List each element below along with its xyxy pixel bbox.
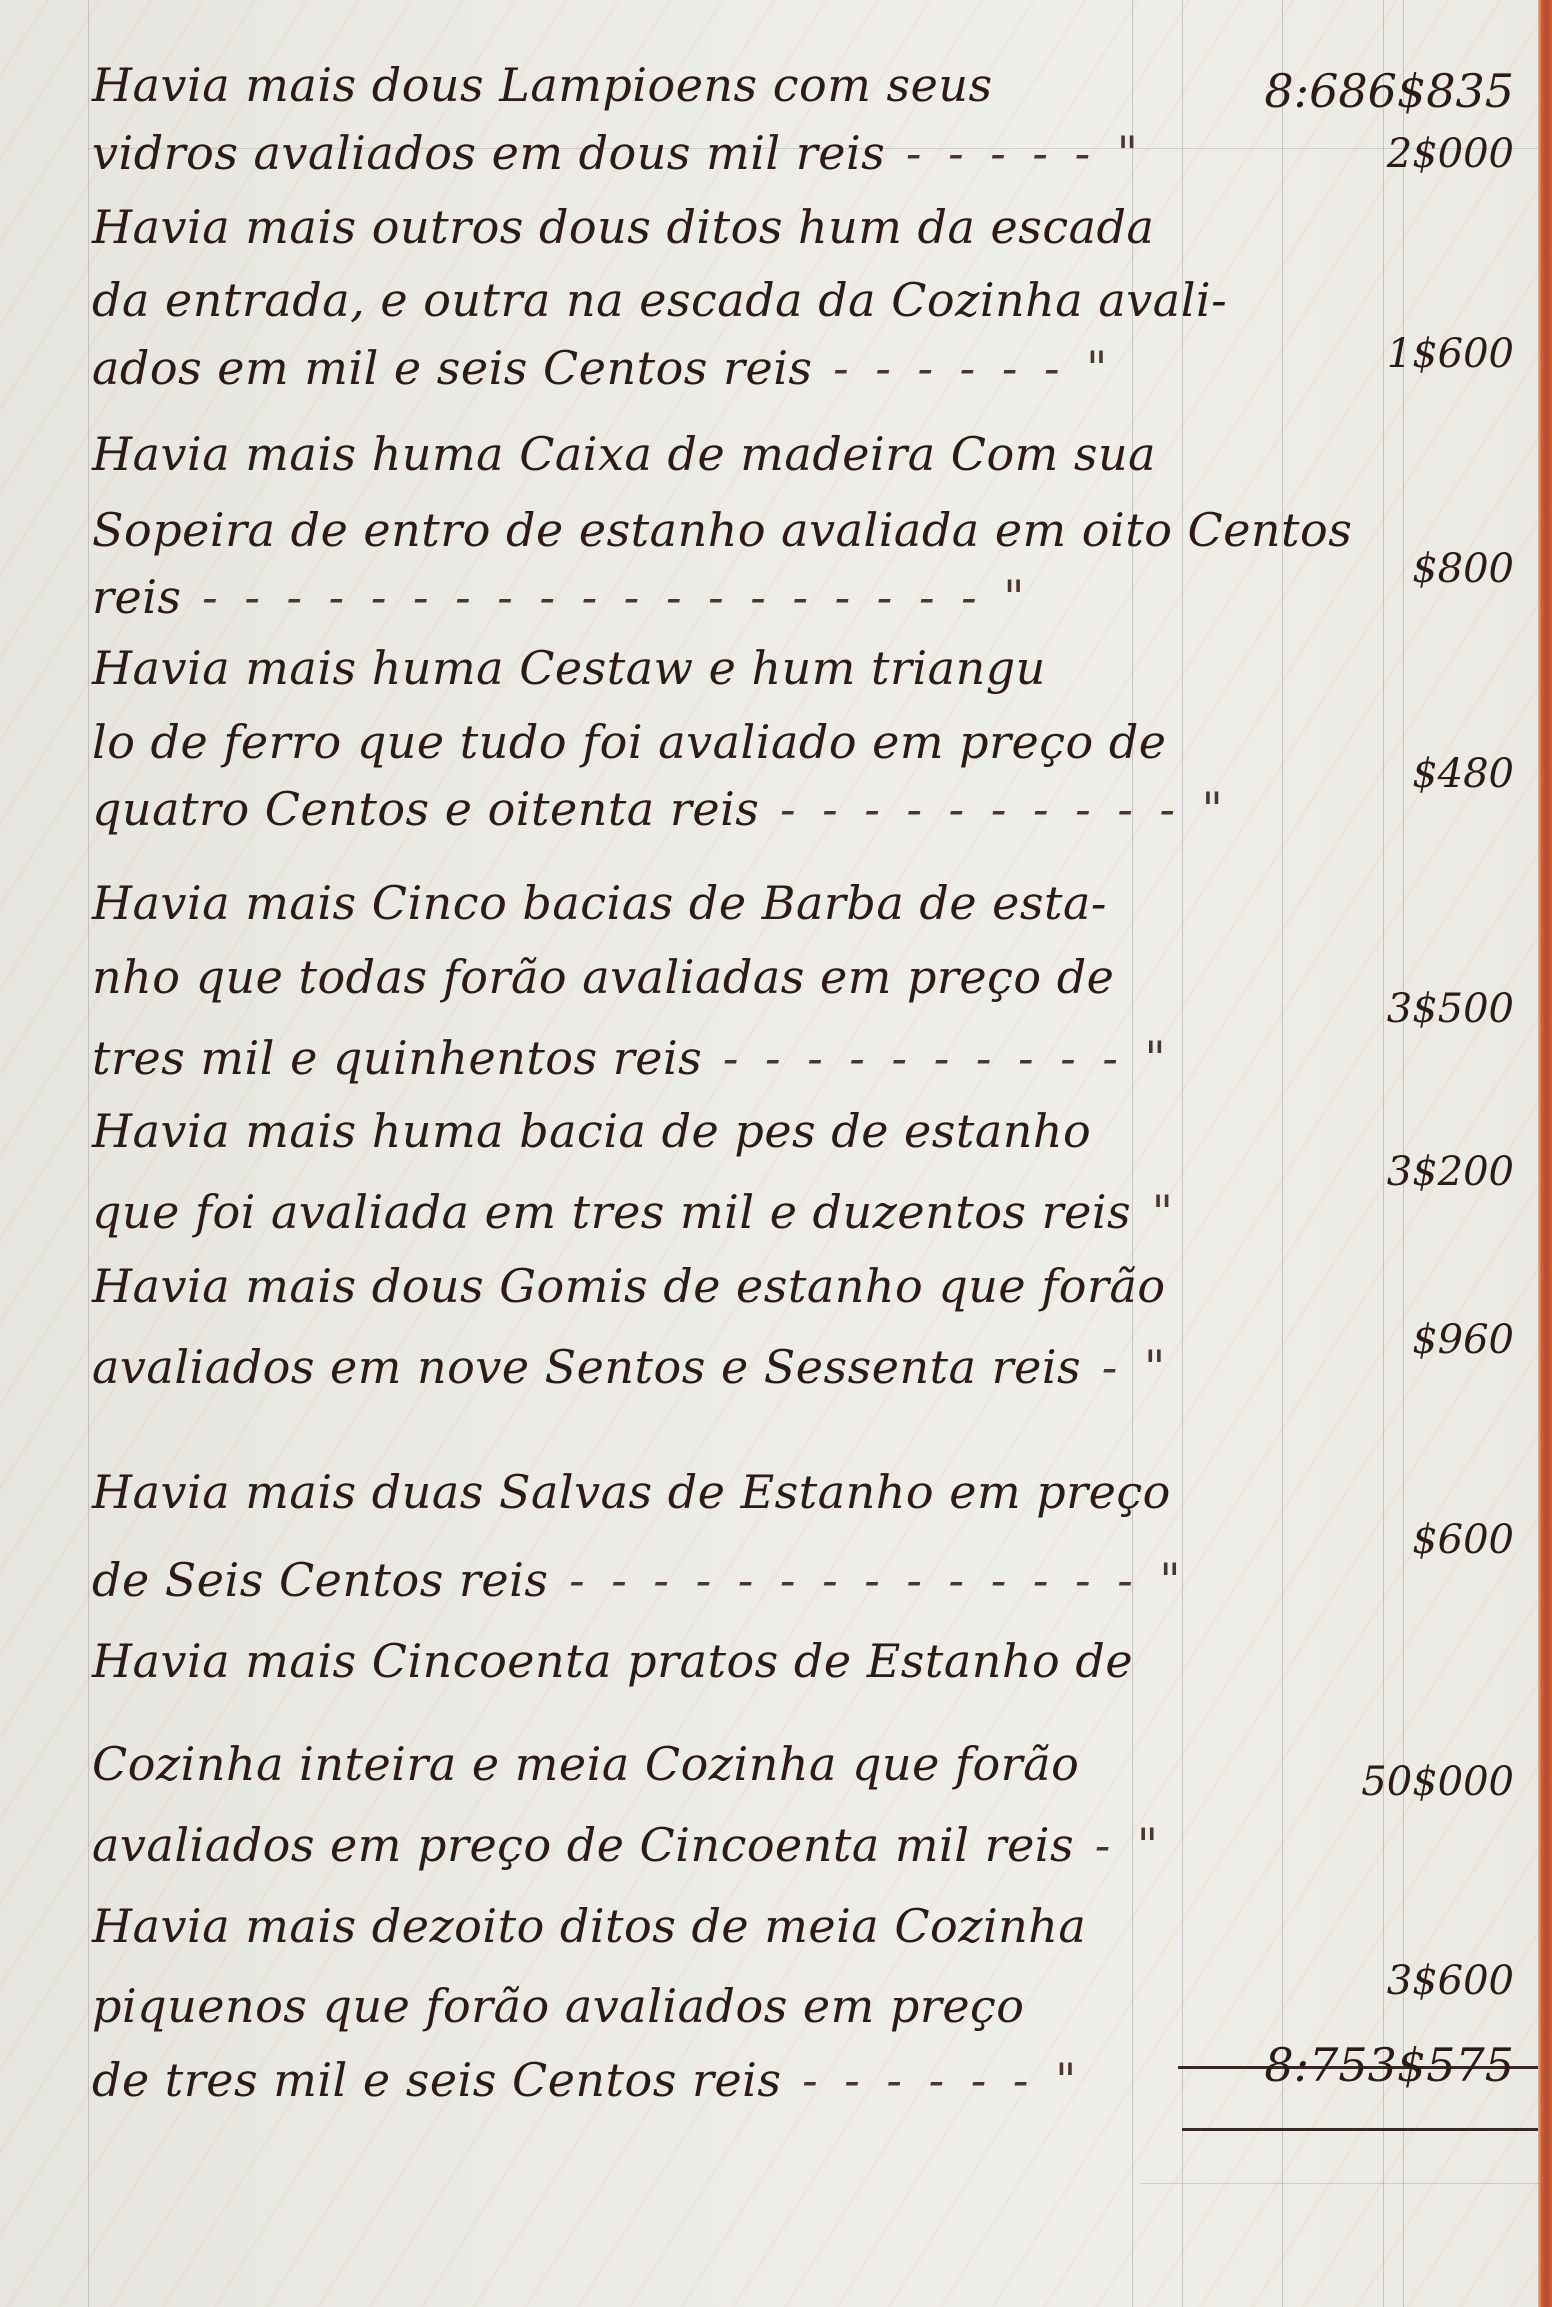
item-amount: $800	[1412, 549, 1514, 589]
entry-line: quatro Centos e oitenta reis - - - - - -…	[92, 786, 1142, 832]
entry-line-text: Havia mais Cinco bacias de Barba de esta…	[92, 876, 1107, 930]
entry-line-text: Havia mais dous Gomis de estanho que for…	[92, 1259, 1166, 1313]
item-amount: $480	[1412, 754, 1514, 794]
column-line-4	[1383, 0, 1384, 2307]
entry-line: lo de ferro que tudo foi avaliado em pre…	[92, 719, 1142, 765]
entry-line: Havia mais huma Caixa de madeira Com sua	[92, 431, 1142, 477]
item-amount: $600	[1412, 1520, 1514, 1560]
entry-line-text: ados em mil e seis Centos reis	[92, 341, 813, 395]
item-amount: 3$500	[1387, 989, 1514, 1029]
item-amount: 1$600	[1387, 334, 1514, 374]
entry-line: de Seis Centos reis - - - - - - - - - - …	[92, 1557, 1142, 1603]
page-edge-red	[1538, 0, 1552, 2307]
item-amount: 2$000	[1387, 134, 1514, 174]
entry-line-text: piquenos que forão avaliados em preço	[92, 1979, 1025, 2033]
entry-line-text: Cozinha inteira e meia Cozinha que forão	[92, 1737, 1079, 1791]
margin-line-left	[88, 0, 89, 2307]
entry-line: avaliados em nove Sentos e Sessenta reis…	[92, 1344, 1142, 1390]
entry-line: Havia mais dezoito ditos de meia Cozinha	[92, 1903, 1142, 1949]
entry-line-text: avaliados em preço de Cincoenta mil reis	[92, 1818, 1074, 1872]
item-amount: $960	[1412, 1320, 1514, 1360]
filler-dashes: - - - - - - - - - - - - - - - - - - - "	[182, 570, 1031, 624]
total-amount: 8:753$575	[1264, 2042, 1514, 2088]
filler-dashes: - - - - - - "	[813, 341, 1114, 395]
entry-line-text: de tres mil e seis Centos reis	[92, 2053, 781, 2107]
entry-line-text: Havia mais duas Salvas de Estanho em pre…	[92, 1465, 1171, 1519]
carried-forward-amount: 8:686$835	[1264, 68, 1514, 114]
entry-line-text: Havia mais dezoito ditos de meia Cozinha	[92, 1899, 1086, 1953]
entry-line: tres mil e quinhentos reis - - - - - - -…	[92, 1035, 1142, 1081]
entry-line: avaliados em preço de Cincoenta mil reis…	[92, 1822, 1142, 1868]
entry-line: ados em mil e seis Centos reis - - - - -…	[92, 345, 1142, 391]
item-amount: 3$600	[1387, 1961, 1514, 2001]
entry-line-text: Havia mais Cincoenta pratos de Estanho d…	[92, 1634, 1133, 1688]
column-line-3	[1282, 0, 1283, 2307]
entry-line: Havia mais dous Gomis de estanho que for…	[92, 1263, 1142, 1309]
entry-line: de tres mil e seis Centos reis - - - - -…	[92, 2057, 1142, 2103]
entry-line-text: lo de ferro que tudo foi avaliado em pre…	[92, 715, 1167, 769]
entry-line: Havia mais huma Cestaw e hum triangu	[92, 645, 1142, 691]
entry-line-text: da entrada, e outra na escada da Cozinha…	[92, 273, 1227, 327]
entry-line: que foi avaliada em tres mil e duzentos …	[92, 1189, 1142, 1235]
entry-line-text: Havia mais huma Cestaw e hum triangu	[92, 641, 1046, 695]
entry-line: Havia mais Cinco bacias de Barba de esta…	[92, 880, 1142, 926]
entry-line-text: tres mil e quinhentos reis	[92, 1031, 702, 1085]
filler-dashes: "	[1131, 1185, 1179, 1239]
entry-line: Havia mais dous Lampioens com seus	[92, 62, 1142, 108]
entry-line: Havia mais duas Salvas de Estanho em pre…	[92, 1469, 1142, 1515]
entry-line-text: quatro Centos e oitenta reis	[92, 782, 759, 836]
filler-dashes: - - - - - "	[885, 126, 1144, 180]
entry-line-text: vidros avaliados em dous mil reis	[92, 126, 885, 180]
entry-line-text: avaliados em nove Sentos e Sessenta reis	[92, 1340, 1081, 1394]
entry-line-text: Havia mais outros dous ditos hum da esca…	[92, 200, 1154, 254]
entry-line-text: Sopeira de entro de estanho avaliada em …	[92, 503, 1352, 557]
filler-dashes: - "	[1081, 1340, 1171, 1394]
entry-line: nho que todas forão avaliadas em preço d…	[92, 954, 1142, 1000]
entry-line: Havia mais Cincoenta pratos de Estanho d…	[92, 1638, 1142, 1684]
filler-dashes: - - - - - - - - - - "	[759, 782, 1228, 836]
entry-line: da entrada, e outra na escada da Cozinha…	[92, 277, 1142, 323]
column-line-2	[1182, 0, 1183, 2307]
entry-line-text: reis	[92, 570, 182, 624]
entry-line-text: de Seis Centos reis	[92, 1553, 548, 1607]
entry-line: reis - - - - - - - - - - - - - - - - - -…	[92, 574, 1142, 620]
entry-line-text: Havia mais huma Caixa de madeira Com sua	[92, 427, 1156, 481]
entry-line: Sopeira de entro de estanho avaliada em …	[92, 507, 1142, 553]
entry-line: Havia mais huma bacia de pes de estanho	[92, 1108, 1142, 1154]
ruled-line	[1140, 2183, 1540, 2184]
item-amount: 50$000	[1361, 1762, 1514, 1802]
filler-dashes: - - - - - - "	[781, 2053, 1082, 2107]
entry-line-text: que foi avaliada em tres mil e duzentos …	[92, 1185, 1131, 1239]
entry-line: vidros avaliados em dous mil reis - - - …	[92, 130, 1142, 176]
sum-rule-bottom	[1182, 2128, 1538, 2131]
entry-line-text: Havia mais huma bacia de pes de estanho	[92, 1104, 1091, 1158]
item-amount: 3$200	[1387, 1152, 1514, 1192]
filler-dashes: - - - - - - - - - - "	[702, 1031, 1171, 1085]
entry-line: piquenos que forão avaliados em preço	[92, 1983, 1142, 2029]
entry-line: Cozinha inteira e meia Cozinha que forão	[92, 1741, 1142, 1787]
filler-dashes: - "	[1074, 1818, 1164, 1872]
entry-line: Havia mais outros dous ditos hum da esca…	[92, 204, 1142, 250]
entry-line-text: nho que todas forão avaliadas em preço d…	[92, 950, 1114, 1004]
entry-line-text: Havia mais dous Lampioens com seus	[92, 58, 993, 112]
filler-dashes: - - - - - - - - - - - - - - "	[548, 1553, 1186, 1607]
